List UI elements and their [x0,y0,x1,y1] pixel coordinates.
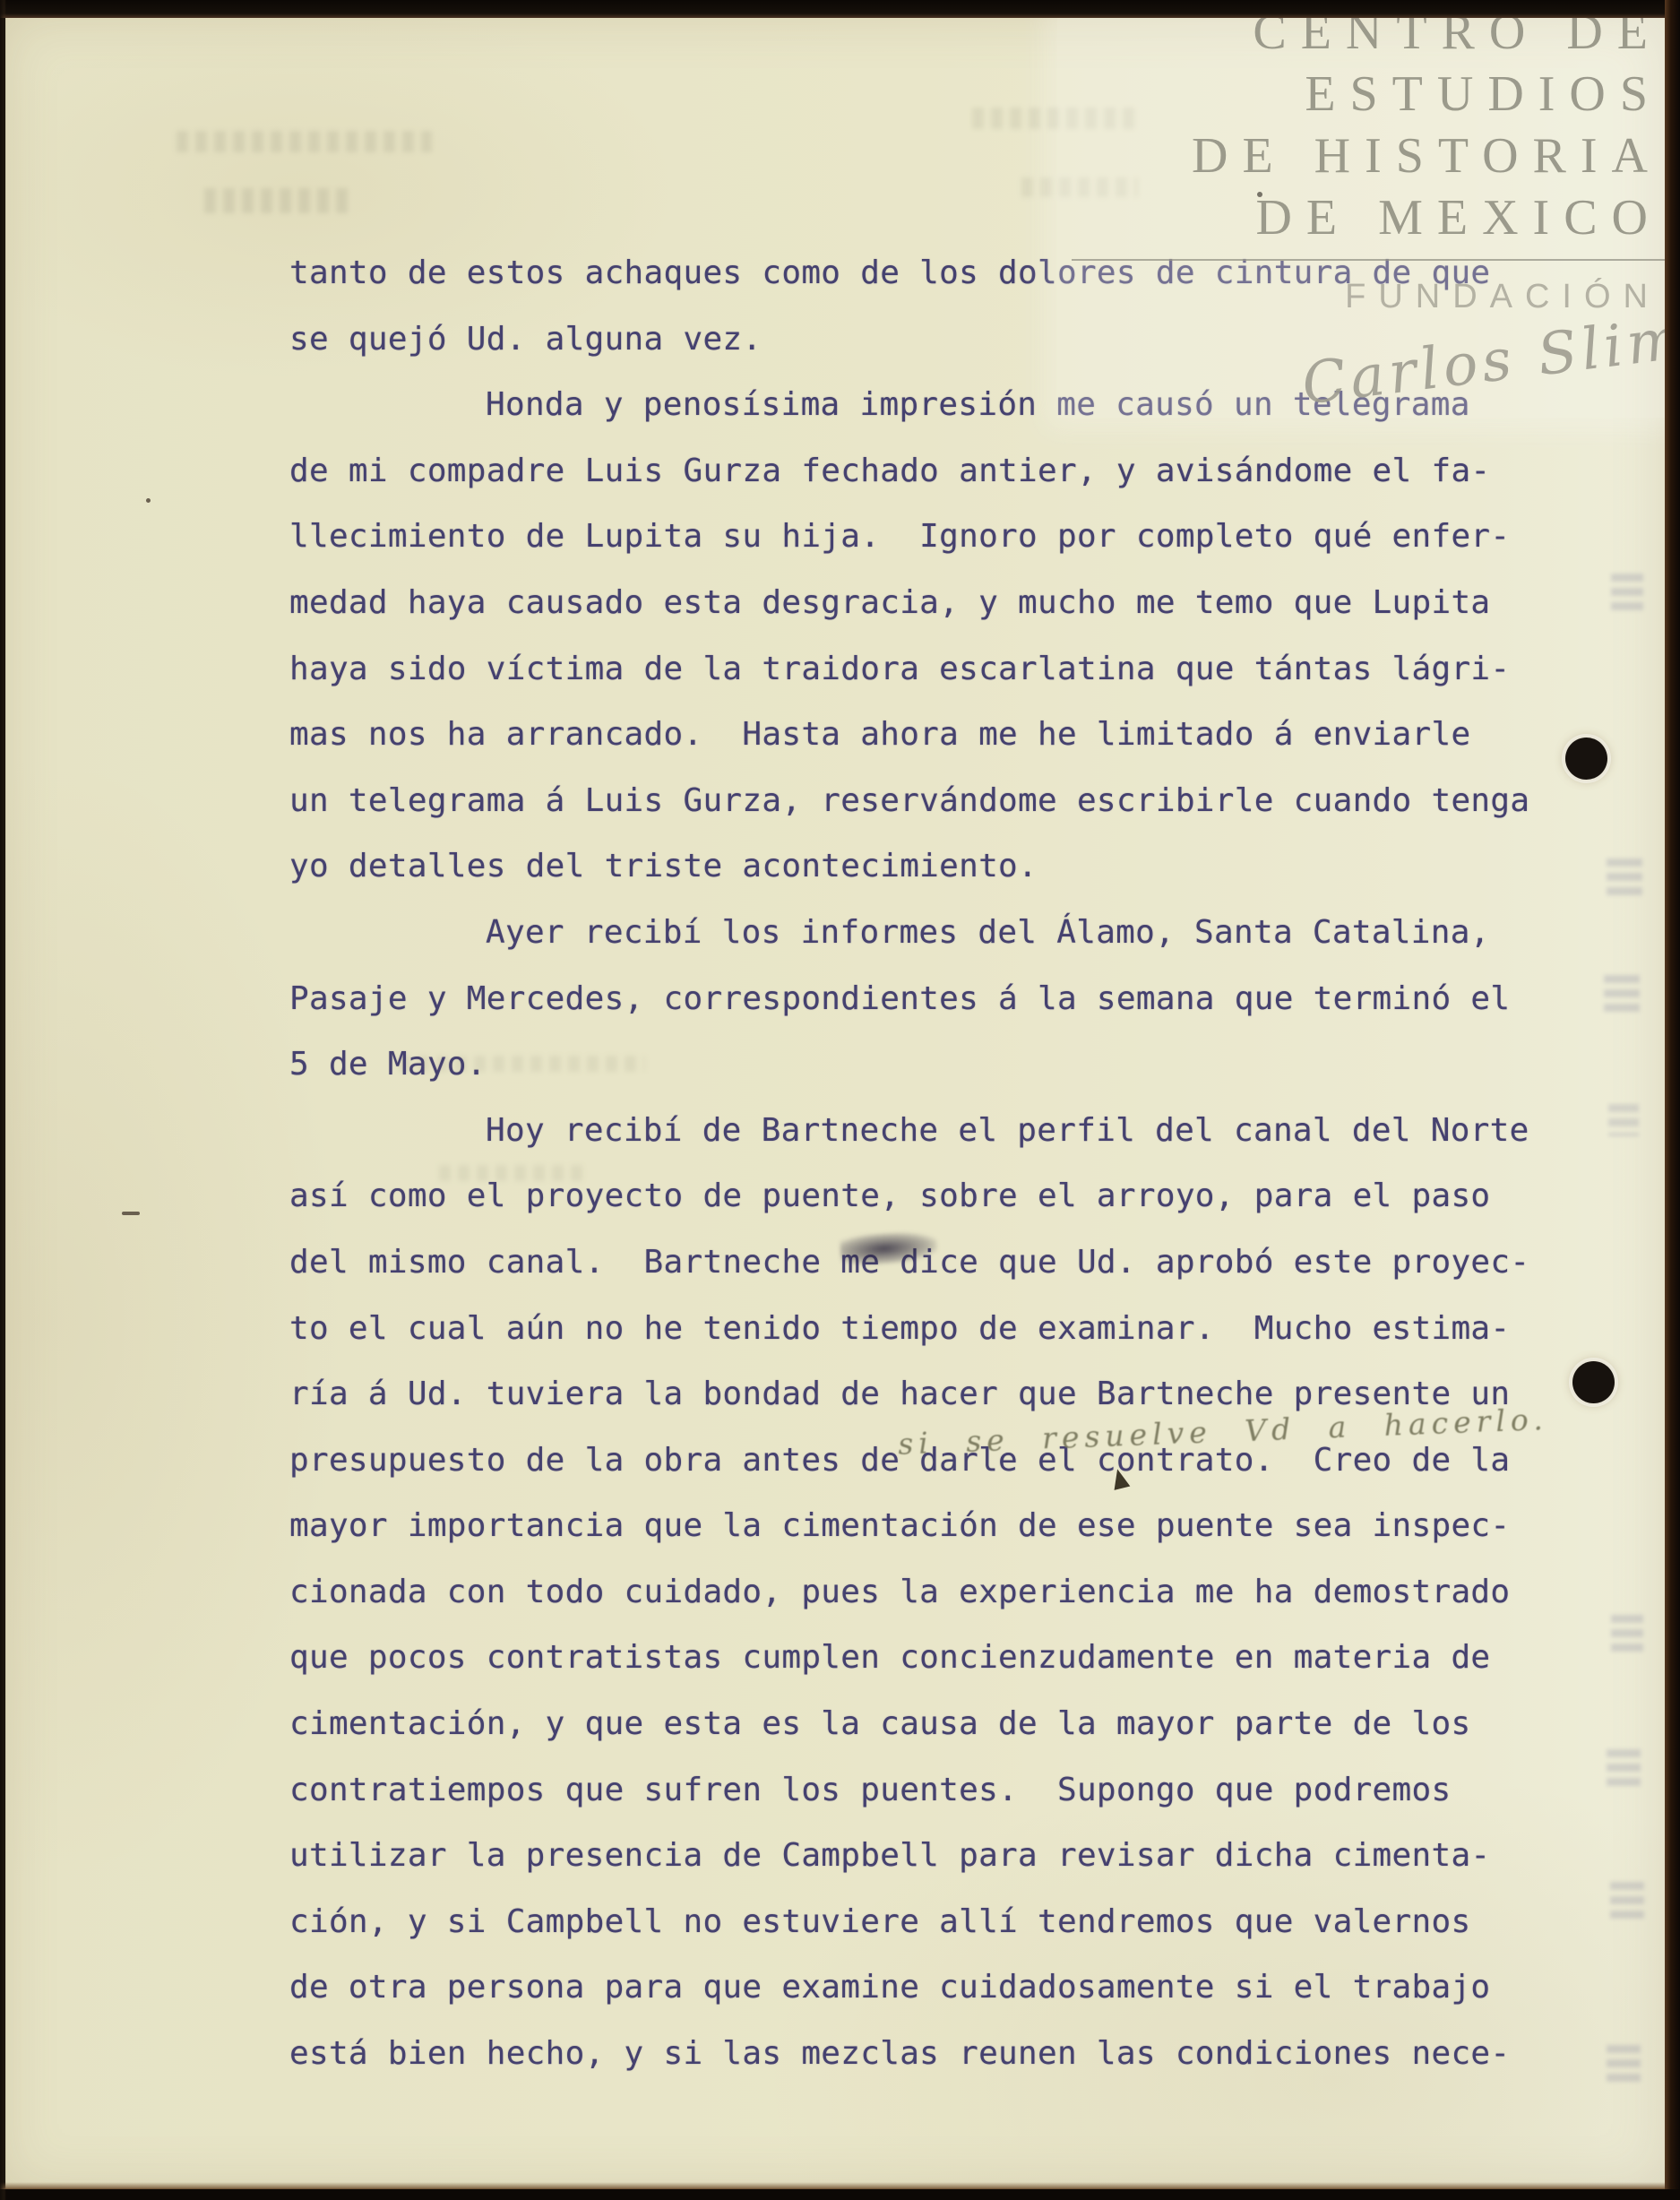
bleedthrough-mark [1607,858,1642,898]
letter-line: mas nos ha arrancado. Hasta ahora me he … [289,702,1544,768]
bleedthrough-mark [1604,975,1640,1014]
watermark-line: ESTUDIOS [981,64,1662,125]
bleedthrough-mark [1611,574,1643,615]
letter-line: cionada con todo cuidado, pues la experi… [289,1559,1544,1626]
letter-line: de mi compadre Luis Gurza fechado antier… [289,438,1544,505]
letter-line: to el cual aún no he tenido tiempo de ex… [289,1296,1544,1362]
letter-line: medad haya causado esta desgracia, y muc… [289,570,1544,636]
letter-line: haya sido víctima de la traidora escarla… [289,636,1544,703]
bleedthrough-mark [1608,1104,1639,1136]
letter-line: cimentación, y que esta es la causa de l… [289,1691,1544,1757]
bleedthrough-mark [1611,1615,1643,1658]
watermark-line: DE MEXICO [981,187,1662,249]
letter-line: 5 de Mayo. [289,1031,1544,1098]
scan-edge-bottom [0,2189,1680,2200]
letter-line: contratiempos que sufren los puentes. Su… [289,1757,1544,1824]
bleedthrough-mark [1610,1882,1644,1921]
watermark-rule [1072,259,1665,261]
scan-edge-right [1665,0,1680,2200]
letter-line: yo detalles del triste acontecimiento. [289,833,1544,900]
bleedthrough-mark [1607,2045,1641,2084]
watermark-foundation: FUNDACIÓN [1345,278,1660,316]
letter-body: tanto de estos achaques como de los dolo… [289,240,1544,2087]
watermark-title: CENTRO DE ESTUDIOS DE HISTORIA DE MEXICO [981,2,1662,249]
letter-line: utilizar la presencia de Campbell para r… [289,1823,1544,1889]
paper-speck [122,1212,140,1215]
letter-line: de otra persona para que examine cuidado… [289,1954,1544,2021]
watermark-line: DE HISTORIA [981,125,1662,187]
punch-hole [1565,738,1607,780]
letter-line: llecimiento de Lupita su hija. Ignoro po… [289,504,1544,570]
letter-line: mayor importancia que la cimentación de … [289,1493,1544,1559]
paper-speck [146,498,151,503]
letter-line: así como el proyecto de puente, sobre el… [289,1163,1544,1229]
letter-line: un telegrama á Luis Gurza, reservándome … [289,768,1544,834]
punch-hole [1572,1361,1615,1403]
bleedthrough-mark [177,131,432,152]
letter-line: Pasaje y Mercedes, correspondientes á la… [289,966,1544,1032]
scan-edge-top [0,0,1680,18]
letter-line: Hoy recibí de Bartneche el perfil del ca… [289,1098,1544,1164]
bleedthrough-mark [204,188,352,213]
scan-edge-left [0,0,6,2200]
letter-line: que pocos contratistas cumplen concienzu… [289,1625,1544,1691]
scanned-letter-page: tanto de estos achaques como de los dolo… [0,0,1680,2200]
bleedthrough-mark [1607,1749,1641,1789]
letter-line: Ayer recibí los informes del Álamo, Sant… [289,900,1544,966]
letter-line: está bien hecho, y si las mezclas reunen… [289,2021,1544,2087]
letter-line: ción, y si Campbell no estuviere allí te… [289,1889,1544,1955]
